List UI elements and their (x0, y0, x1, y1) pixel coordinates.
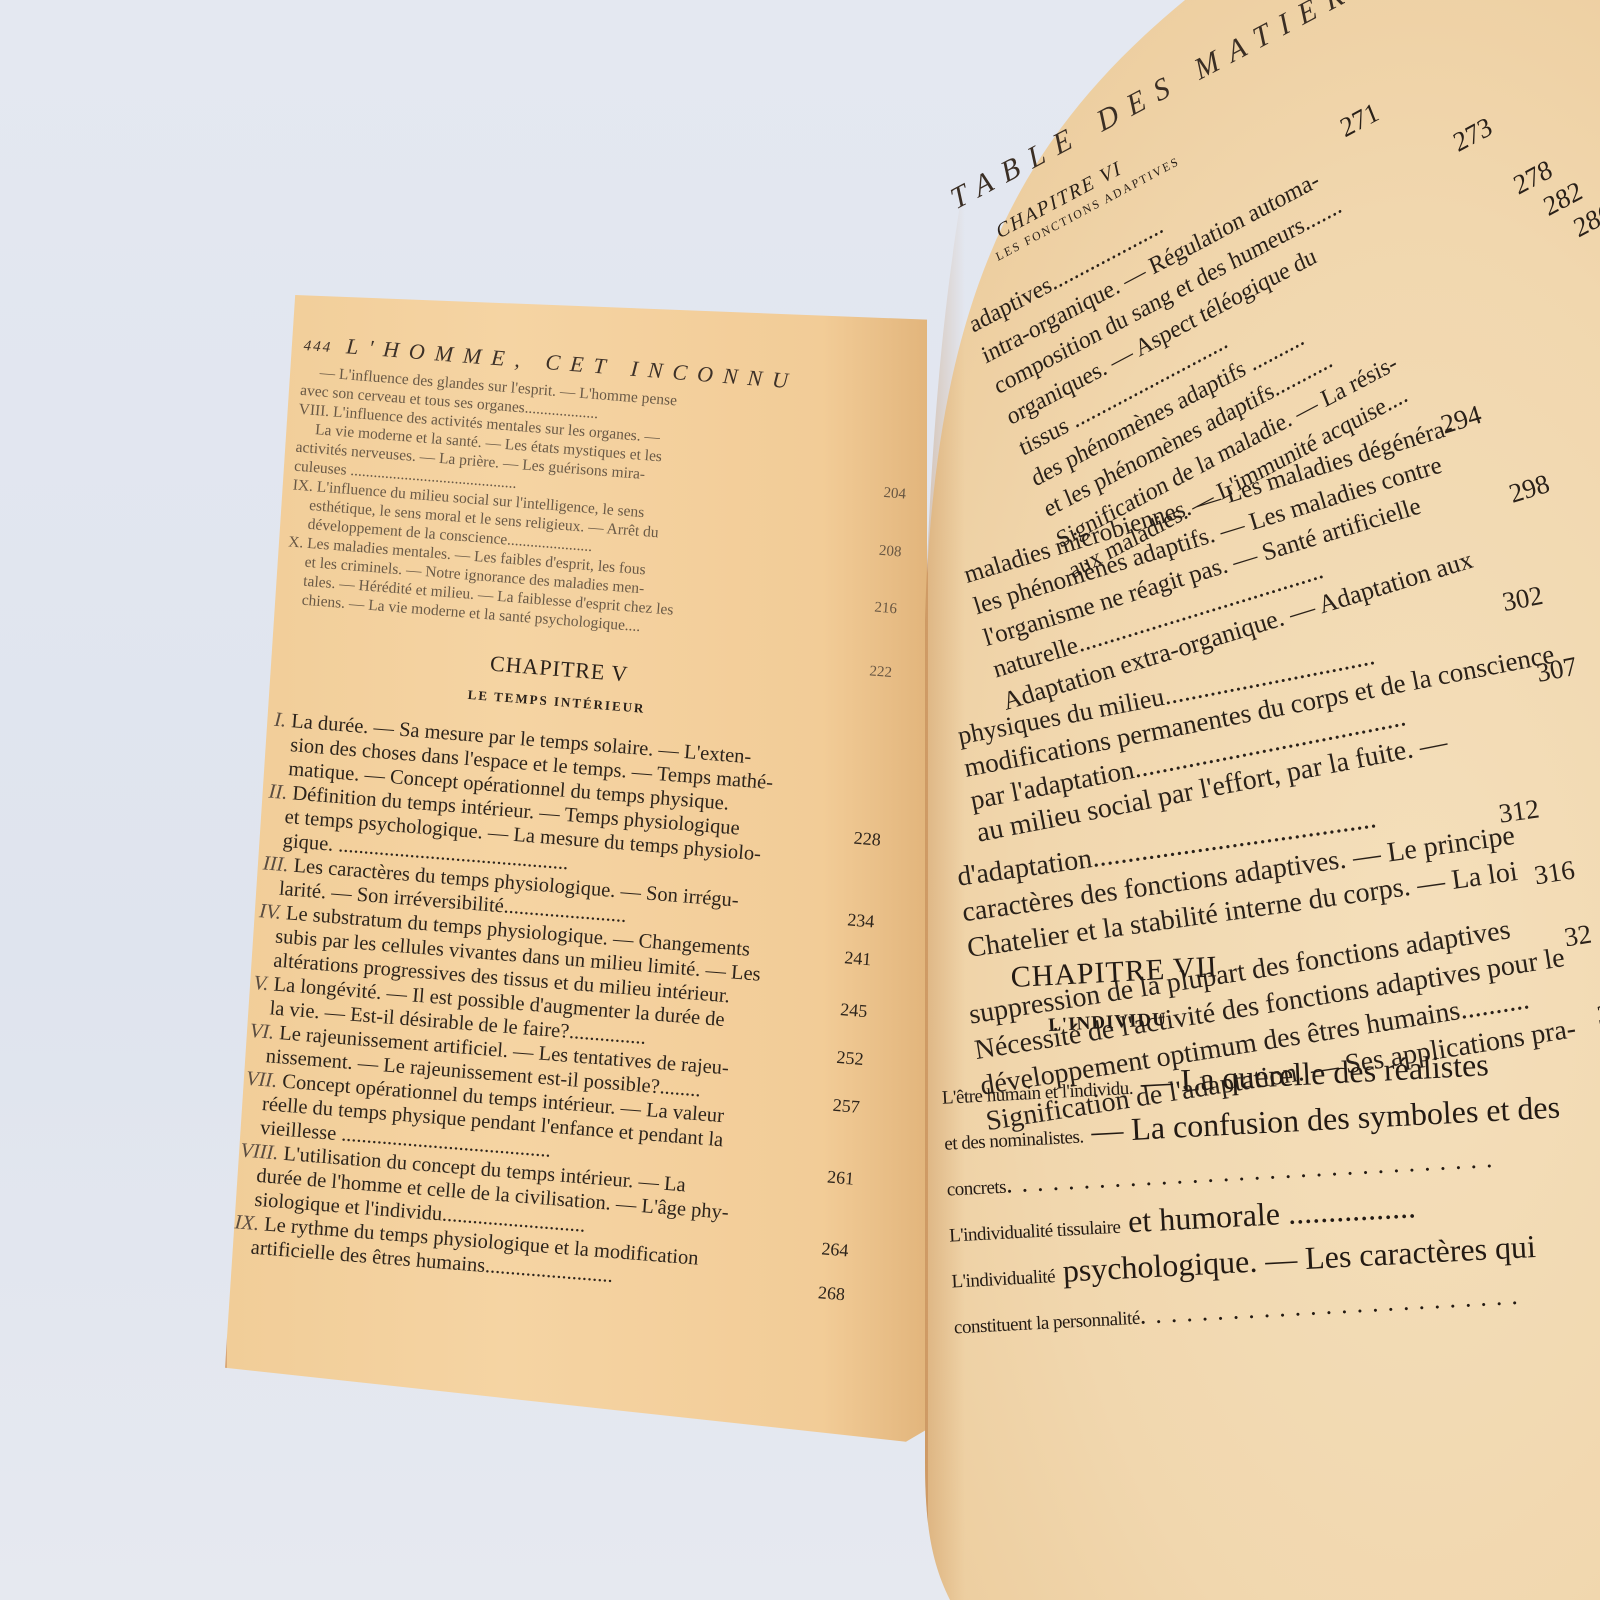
toc-page-number: 208 (878, 542, 902, 563)
toc-page-number: 268 (817, 1280, 846, 1306)
toc-page-number: 241 (844, 945, 873, 971)
toc-page-number: 312 (1496, 790, 1541, 831)
toc-page-number: 204 (883, 484, 907, 505)
chapter-iv-tail: — L'influence des glandes sur l'esprit. … (283, 362, 861, 652)
toc-page-number: 257 (832, 1093, 861, 1119)
page-number: 444 (303, 338, 333, 356)
toc-page-number: 245 (839, 997, 868, 1023)
book-photo: 444L'HOMME, CET INCONNU — L'influence de… (0, 0, 1600, 1600)
toc-page-number: 252 (836, 1045, 865, 1071)
toc-page-number: 316 (1532, 851, 1578, 893)
toc-page-number: 234 (846, 907, 875, 933)
left-page-text: 444L'HOMME, CET INCONNU — L'influence de… (232, 330, 863, 1302)
chapter-vii-entries: L'être humain et l'individu. — La querel… (941, 1038, 1600, 1349)
chapter-v-entries: I. La durée. — Sa mesure par le temps so… (232, 708, 834, 1302)
toc-page-number: 216 (874, 599, 898, 620)
toc-page-number: 222 (869, 662, 893, 683)
chapter-vii-section: CHAPITRE VII L'INDIVIDU L'être humain et… (935, 930, 1600, 1349)
toc-page-number: 228 (853, 826, 882, 852)
toc-page-number: 264 (821, 1236, 850, 1262)
chapter-subtitle: L'INDIVIDU (1048, 986, 1600, 1037)
toc-page-number: 261 (826, 1165, 855, 1191)
